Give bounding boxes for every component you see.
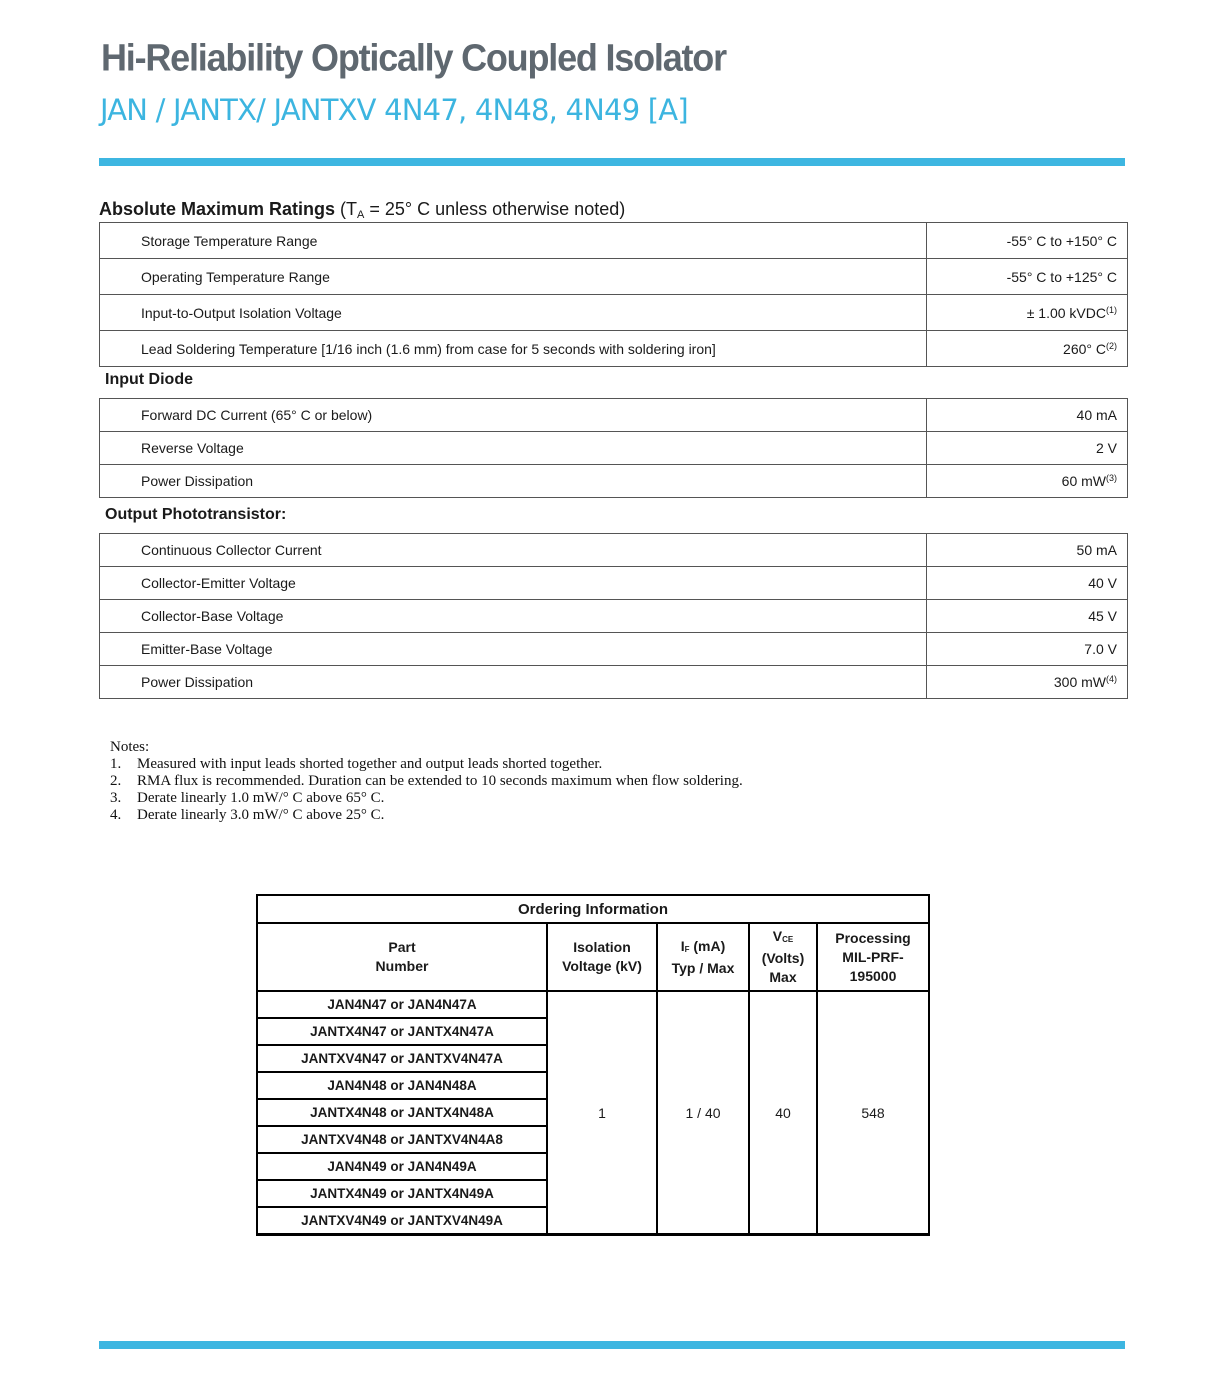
ordering-information-table: Ordering Information Part Number Isolati… (256, 894, 930, 1236)
processing-cell: 548 (817, 991, 929, 1235)
rating-value-text: 45 V (1088, 608, 1117, 624)
rating-parameter: Power Dissipation (100, 465, 927, 498)
header-vce: VCE (Volts) Max (749, 923, 817, 991)
ratings-heading-post: = 25° C unless otherwise noted) (364, 199, 625, 219)
rating-row: Storage Temperature Range-55° C to +150°… (100, 223, 1128, 259)
notes-label: Notes: (110, 739, 743, 756)
part-number-cell: JAN4N49 or JAN4N49A (257, 1153, 547, 1180)
rating-row: Input-to-Output Isolation Voltage± 1.00 … (100, 295, 1128, 331)
note-number: 2. (110, 773, 137, 790)
footnote-ref: (3) (1106, 473, 1117, 483)
ratings-heading-bold: Absolute Maximum Ratings (99, 199, 335, 219)
rating-row: Emitter-Base Voltage7.0 V (100, 633, 1128, 666)
note-text: Measured with input leads shorted togeth… (137, 756, 602, 773)
header-isolation-voltage: Isolation Voltage (kV) (547, 923, 657, 991)
rating-value: 50 mA (927, 534, 1128, 567)
rating-value-text: 60 mW (1062, 473, 1106, 489)
header-vce-line2: (Volts) (750, 949, 816, 968)
note-item: 3.Derate linearly 1.0 mW/° C above 65° C… (110, 790, 743, 807)
rating-row: Power Dissipation300 mW(4) (100, 666, 1128, 699)
rating-row: Power Dissipation60 mW(3) (100, 465, 1128, 498)
header-proc-line2: MIL-PRF- (818, 948, 928, 967)
rating-row: Collector-Emitter Voltage40 V (100, 567, 1128, 600)
rating-value-text: 40 mA (1077, 407, 1117, 423)
document-title: Hi-Reliability Optically Coupled Isolato… (101, 36, 726, 80)
rating-value: 300 mW(4) (927, 666, 1128, 699)
part-number-cell: JANTX4N49 or JANTX4N49A (257, 1180, 547, 1207)
part-number-cell: JANTXV4N47 or JANTXV4N47A (257, 1045, 547, 1072)
header-accent-rule (99, 158, 1125, 166)
general-ratings-table: Storage Temperature Range-55° C to +150°… (99, 222, 1128, 367)
rating-row: Reverse Voltage2 V (100, 432, 1128, 465)
note-number: 3. (110, 790, 137, 807)
header-vce-main: V (773, 928, 782, 944)
rating-value-text: 2 V (1096, 440, 1117, 456)
rating-value: 40 V (927, 567, 1128, 600)
rating-parameter: Collector-Emitter Voltage (100, 567, 927, 600)
rating-value-text: 50 mA (1077, 542, 1117, 558)
notes-section: Notes: 1.Measured with input leads short… (110, 739, 743, 824)
document-subtitle: JAN / JANTX/ JANTXV 4N47, 4N48, 4N49 [A] (100, 93, 688, 127)
rating-value: 45 V (927, 600, 1128, 633)
header-vce-sub: CE (782, 935, 793, 944)
rating-value: 60 mW(3) (927, 465, 1128, 498)
part-number-cell: JAN4N48 or JAN4N48A (257, 1072, 547, 1099)
header-vce-line1: VCE (750, 927, 816, 949)
header-if-line2: Typ / Max (658, 959, 748, 978)
rating-value: 7.0 V (927, 633, 1128, 666)
note-item: 2.RMA flux is recommended. Duration can … (110, 773, 743, 790)
header-processing: Processing MIL-PRF- 195000 (817, 923, 929, 991)
isolation-voltage-cell: 1 (547, 991, 657, 1235)
rating-value-text: -55° C to +150° C (1007, 233, 1117, 249)
output-phototransistor-label: Output Phototransistor: (105, 506, 286, 524)
rating-row: Collector-Base Voltage45 V (100, 600, 1128, 633)
rating-parameter: Emitter-Base Voltage (100, 633, 927, 666)
rating-row: Continuous Collector Current50 mA (100, 534, 1128, 567)
header-if-rest: (mA) (690, 938, 726, 954)
rating-value-text: ± 1.00 kVDC (1027, 305, 1106, 321)
header-part-line1: Part (258, 938, 546, 957)
part-number-cell: JAN4N47 or JAN4N47A (257, 991, 547, 1018)
header-part-line2: Number (258, 957, 546, 976)
header-proc-line3: 195000 (818, 967, 928, 986)
rating-parameter: Continuous Collector Current (100, 534, 927, 567)
rating-value: 40 mA (927, 399, 1128, 432)
forward-current-cell: 1 / 40 (657, 991, 749, 1235)
ratings-heading-pre: (T (335, 199, 357, 219)
note-number: 4. (110, 807, 137, 824)
footer-accent-rule (99, 1341, 1125, 1349)
rating-value: 260° C(2) (927, 331, 1128, 367)
rating-value-text: 300 mW (1054, 674, 1106, 690)
footnote-ref: (2) (1106, 341, 1117, 351)
rating-value: -55° C to +125° C (927, 259, 1128, 295)
note-number: 1. (110, 756, 137, 773)
part-number-cell: JANTXV4N49 or JANTXV4N49A (257, 1207, 547, 1235)
rating-value-text: 260° C (1063, 341, 1106, 357)
input-diode-label: Input Diode (105, 371, 193, 389)
ordering-row: JAN4N47 or JAN4N47A11 / 4040548 (257, 991, 929, 1018)
part-number-cell: JANTXV4N48 or JANTXV4N4A8 (257, 1126, 547, 1153)
header-vce-line3: Max (750, 968, 816, 987)
input-diode-table: Forward DC Current (65° C or below)40 mA… (99, 398, 1128, 498)
rating-parameter: Input-to-Output Isolation Voltage (100, 295, 927, 331)
note-text: Derate linearly 1.0 mW/° C above 65° C. (137, 790, 384, 807)
rating-row: Forward DC Current (65° C or below)40 mA (100, 399, 1128, 432)
header-part-number: Part Number (257, 923, 547, 991)
rating-value: 2 V (927, 432, 1128, 465)
rating-value-text: -55° C to +125° C (1007, 269, 1117, 285)
header-if-line1: IF (mA) (658, 937, 748, 959)
ratings-heading: Absolute Maximum Ratings (TA = 25° C unl… (99, 199, 625, 221)
note-item: 4.Derate linearly 3.0 mW/° C above 25° C… (110, 807, 743, 824)
part-number-cell: JANTX4N47 or JANTX4N47A (257, 1018, 547, 1045)
rating-value: -55° C to +150° C (927, 223, 1128, 259)
rating-value: ± 1.00 kVDC(1) (927, 295, 1128, 331)
rating-parameter: Power Dissipation (100, 666, 927, 699)
rating-value-text: 40 V (1088, 575, 1117, 591)
rating-parameter: Lead Soldering Temperature [1/16 inch (1… (100, 331, 927, 367)
header-forward-current: IF (mA) Typ / Max (657, 923, 749, 991)
rating-row: Lead Soldering Temperature [1/16 inch (1… (100, 331, 1128, 367)
header-iso-line2: Voltage (kV) (548, 957, 656, 976)
rating-row: Operating Temperature Range-55° C to +12… (100, 259, 1128, 295)
rating-parameter: Storage Temperature Range (100, 223, 927, 259)
header-iso-line1: Isolation (548, 938, 656, 957)
note-text: RMA flux is recommended. Duration can be… (137, 773, 743, 790)
rating-value-text: 7.0 V (1084, 641, 1117, 657)
part-number-cell: JANTX4N48 or JANTX4N48A (257, 1099, 547, 1126)
header-proc-line1: Processing (818, 929, 928, 948)
output-phototransistor-table: Continuous Collector Current50 mACollect… (99, 533, 1128, 699)
footnote-ref: (1) (1106, 305, 1117, 315)
footnote-ref: (4) (1106, 674, 1117, 684)
rating-parameter: Forward DC Current (65° C or below) (100, 399, 927, 432)
rating-parameter: Reverse Voltage (100, 432, 927, 465)
rating-parameter: Operating Temperature Range (100, 259, 927, 295)
rating-parameter: Collector-Base Voltage (100, 600, 927, 633)
ordering-caption: Ordering Information (257, 895, 929, 923)
vce-max-cell: 40 (749, 991, 817, 1235)
note-item: 1.Measured with input leads shorted toge… (110, 756, 743, 773)
note-text: Derate linearly 3.0 mW/° C above 25° C. (137, 807, 384, 824)
